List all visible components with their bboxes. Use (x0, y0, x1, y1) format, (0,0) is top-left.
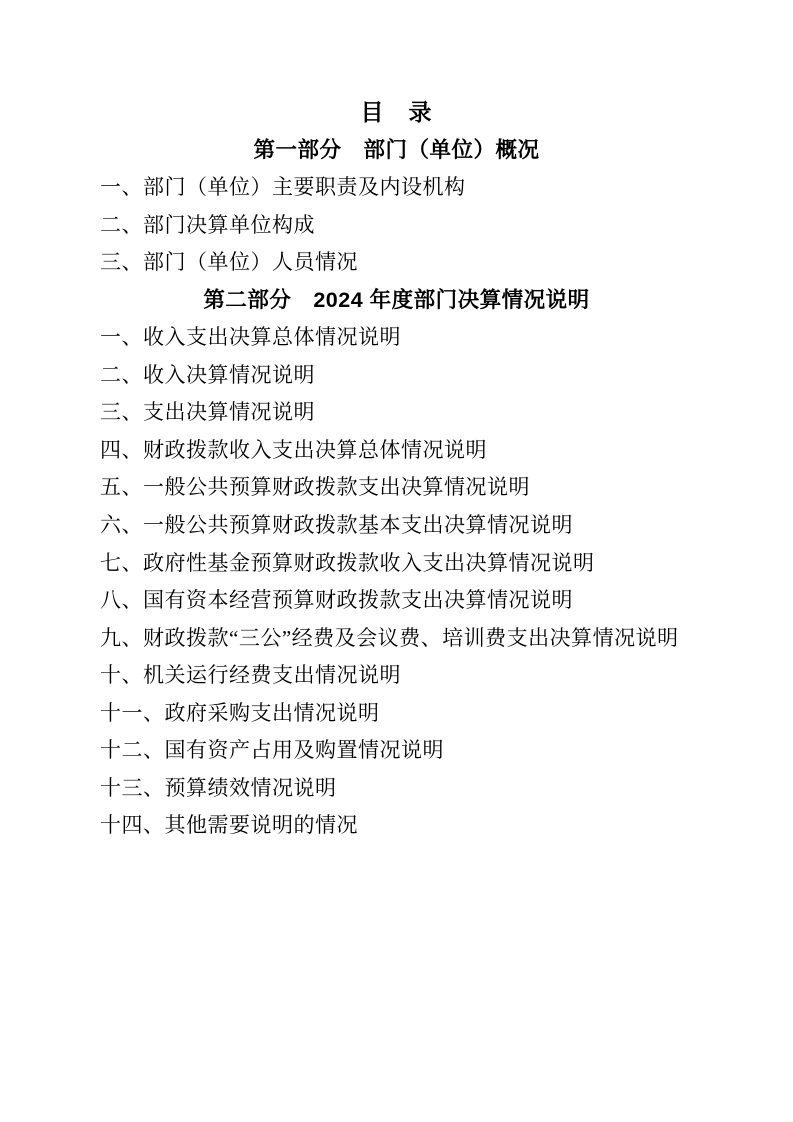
toc-item: 四、财政拨款收入支出决算总体情况说明 (100, 432, 693, 470)
toc-item: 一、收入支出决算总体情况说明 (100, 319, 693, 357)
toc-item: 十一、政府采购支出情况说明 (100, 695, 693, 733)
toc-content: 目 录 第一部分 部门（单位）概况 一、部门（单位）主要职责及内设机构 二、部门… (0, 0, 793, 1122)
toc-item: 七、政府性基金预算财政拨款收入支出决算情况说明 (100, 545, 693, 583)
toc-item: 三、支出决算情况说明 (100, 394, 693, 432)
toc-item: 十三、预算绩效情况说明 (100, 770, 693, 808)
document-page: 目 录 第一部分 部门（单位）概况 一、部门（单位）主要职责及内设机构 二、部门… (0, 0, 793, 1122)
toc-item: 八、国有资本经营预算财政拨款支出决算情况说明 (100, 582, 693, 620)
toc-item: 九、财政拨款“三公”经费及会议费、培训费支出决算情况说明 (100, 620, 693, 658)
section-1-heading: 第一部分 部门（单位）概况 (100, 132, 693, 170)
toc-item: 二、部门决算单位构成 (100, 207, 693, 245)
page-title: 目 录 (100, 94, 693, 132)
toc-item: 十四、其他需要说明的情况 (100, 807, 693, 845)
toc-item: 二、收入决算情况说明 (100, 357, 693, 395)
toc-item: 六、一般公共预算财政拨款基本支出决算情况说明 (100, 507, 693, 545)
section-2-heading: 第二部分 2024 年度部门决算情况说明 (100, 282, 693, 320)
toc-item: 五、一般公共预算财政拨款支出决算情况说明 (100, 469, 693, 507)
toc-item: 十二、国有资产占用及购置情况说明 (100, 732, 693, 770)
toc-item: 十、机关运行经费支出情况说明 (100, 657, 693, 695)
toc-item: 一、部门（单位）主要职责及内设机构 (100, 169, 693, 207)
toc-item: 三、部门（单位）人员情况 (100, 244, 693, 282)
